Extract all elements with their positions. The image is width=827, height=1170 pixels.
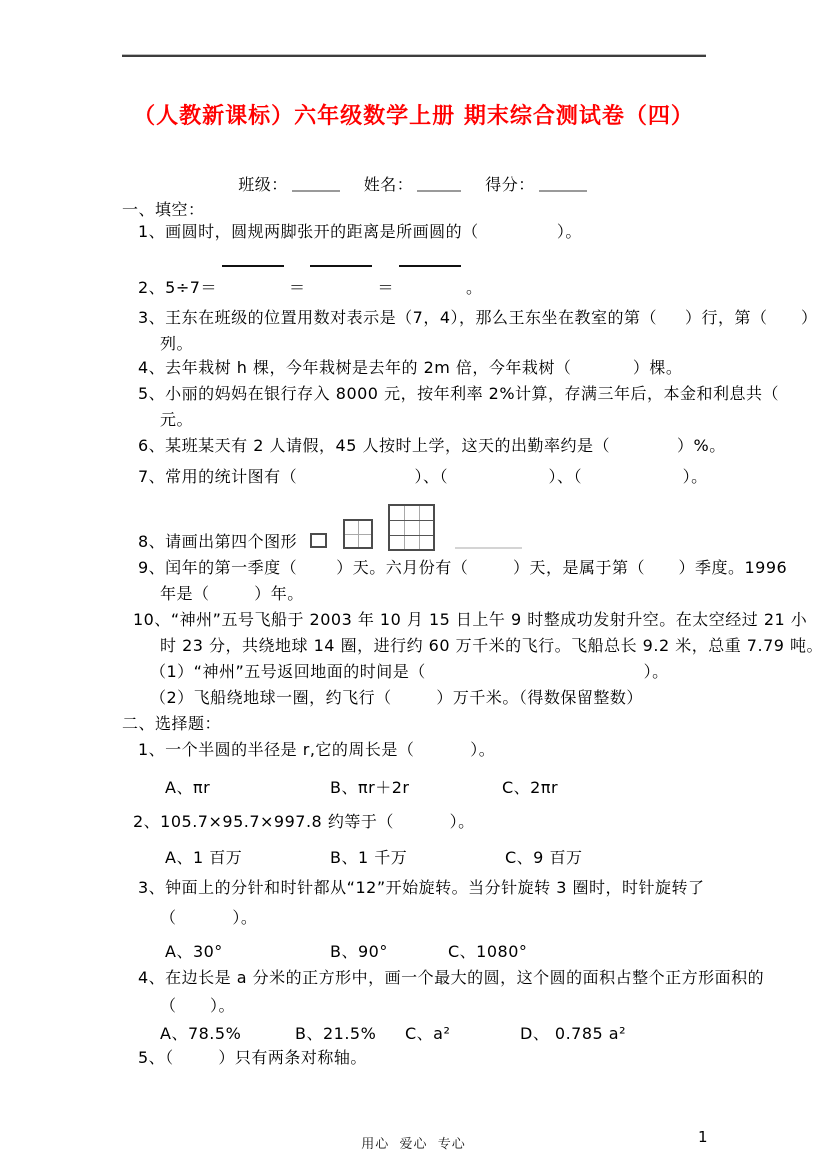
fill-q8-text: 8、请画出第四个图形: [138, 529, 297, 552]
choice-q3-options: A、30° B、90° C、1080°: [0, 939, 827, 965]
score-blank-line: [539, 190, 587, 192]
choice-q1: 1、一个半圆的半径是 r,它的周长是（ ）。: [138, 740, 495, 760]
option-b: B、1 千万: [330, 845, 407, 868]
choice-q2: 2、105.7×95.7×997.8 约等于（ ）。: [133, 812, 475, 832]
choice-q4: 4、在边长是 a 分米的正方形中，画一个最大的圆，这个圆的面积占整个正方形面积的: [138, 968, 764, 988]
square-1x1-shape: [310, 533, 327, 548]
name-field: 姓名：: [364, 172, 464, 195]
option-c: C、1080°: [448, 939, 527, 962]
header-divider-line: [122, 55, 706, 57]
fill-q7: 7、常用的统计图有（ ）、（ ）、（ ）。: [138, 467, 708, 487]
option-c: C、a²: [405, 1021, 450, 1044]
choice-q4-options: A、78.5% B、21.5% C、a² D、 0.785 a²: [0, 1021, 827, 1047]
fill-q5-line2: 元。: [160, 410, 193, 430]
choice-q1-options: A、πr B、πr＋2r C、2πr: [0, 775, 827, 801]
fill-q5-line1: 5、小丽的妈妈在银行存入 8000 元，按年利率 2%计算，存满三年后，本金和利…: [138, 384, 827, 404]
option-b: B、πr＋2r: [330, 775, 409, 798]
equals-sign: ＝: [289, 275, 306, 298]
section2-heading: 二、选择题：: [122, 714, 221, 734]
grid-line: [345, 534, 371, 535]
fill-q9-line1: 9、闰年的第一季度（ ）天。六月份有（ ）天，是属于第（ ）季度。1996: [138, 558, 787, 578]
option-d: D、 0.785 a²: [520, 1021, 626, 1044]
drawing-blank-line: [455, 547, 522, 549]
option-c: C、9 百万: [505, 845, 582, 868]
score-label: 得分：: [485, 172, 535, 195]
fill-q2-period: 。: [466, 275, 483, 298]
option-a: A、78.5%: [160, 1021, 241, 1044]
class-field: 班级：: [238, 172, 342, 195]
option-c: C、2πr: [502, 775, 558, 798]
fill-q10-sub2: （2）飞船绕地球一圈，约飞行（ ）万千米。（得数保留整数）: [150, 688, 643, 708]
fill-q10-line2: 时 23 分，共绕地球 14 圈，进行约 60 万千米的飞行。飞船总长 9.2 …: [160, 636, 823, 656]
grid-2x2-shape: [343, 519, 373, 549]
fill-q3-line1: 3、王东在班级的位置用数对表示是（7，4），那么王东坐在教室的第（ ）行，第（ …: [138, 308, 818, 328]
score-field: 得分：: [485, 172, 589, 195]
option-a: A、πr: [165, 775, 210, 798]
fill-q2-prefix: 2、5÷7＝: [138, 275, 217, 298]
name-label: 姓名：: [364, 172, 414, 195]
grid-line: [419, 506, 420, 549]
option-a: A、1 百万: [165, 845, 242, 868]
page-number: 1: [698, 1128, 708, 1146]
grid-line: [404, 506, 405, 549]
fraction-blank-1: [222, 265, 284, 298]
choice-q4-blank: （ ）。: [160, 996, 235, 1016]
fraction-blank-2: [310, 265, 372, 298]
fill-q8: 8、请画出第四个图形: [138, 499, 598, 556]
option-a: A、30°: [165, 939, 223, 962]
fill-q1: 1、画圆时，圆规两脚张开的距离是所画圆的（ ）。: [138, 222, 582, 242]
fill-q6: 6、某班某天有 2 人请假，45 人按时上学，这天的出勤率约是（ ）%。: [138, 436, 726, 456]
fill-q10-line1: 10、“神州”五号飞船于 2003 年 10 月 15 日上午 9 时整成功发射…: [133, 610, 807, 630]
option-b: B、21.5%: [295, 1021, 376, 1044]
class-blank-line: [292, 190, 340, 192]
fill-q4: 4、去年栽树 h 棵，今年栽树是去年的 2m 倍，今年栽树（ ）棵。: [138, 358, 682, 378]
choice-q2-options: A、1 百万 B、1 千万 C、9 百万: [0, 845, 827, 871]
grid-line: [390, 520, 433, 521]
equals-sign: ＝: [377, 275, 394, 298]
option-b: B、90°: [330, 939, 388, 962]
class-label: 班级：: [238, 172, 288, 195]
document-page: （人教新课标）六年级数学上册 期末综合测试卷（四） 班级： 姓名： 得分： 一、…: [0, 0, 827, 1170]
fill-q9-line2: 年是（ ）年。: [160, 584, 304, 604]
page-title: （人教新课标）六年级数学上册 期末综合测试卷（四）: [0, 100, 827, 134]
choice-q5: 5、（ ）只有两条对称轴。: [138, 1048, 367, 1068]
section1-heading: 一、填空：: [122, 200, 205, 220]
fraction-blank-3: [399, 265, 461, 298]
grid-3x3-shape: [388, 504, 435, 551]
fill-q3-line2: 列。: [160, 334, 193, 354]
fill-q2: 2、5÷7＝ ＝ ＝ 。: [138, 260, 483, 298]
grid-line: [390, 535, 433, 536]
name-blank-line: [417, 190, 461, 192]
fill-q10-sub1: （1）“神州”五号返回地面的时间是（ ）。: [150, 662, 669, 682]
choice-q3: 3、钟面上的分针和时针都从“12”开始旋转。当分针旋转 3 圈时，时针旋转了: [138, 878, 704, 898]
choice-q3-blank: （ ）。: [160, 908, 257, 928]
student-info-row: 班级： 姓名： 得分：: [0, 172, 827, 195]
